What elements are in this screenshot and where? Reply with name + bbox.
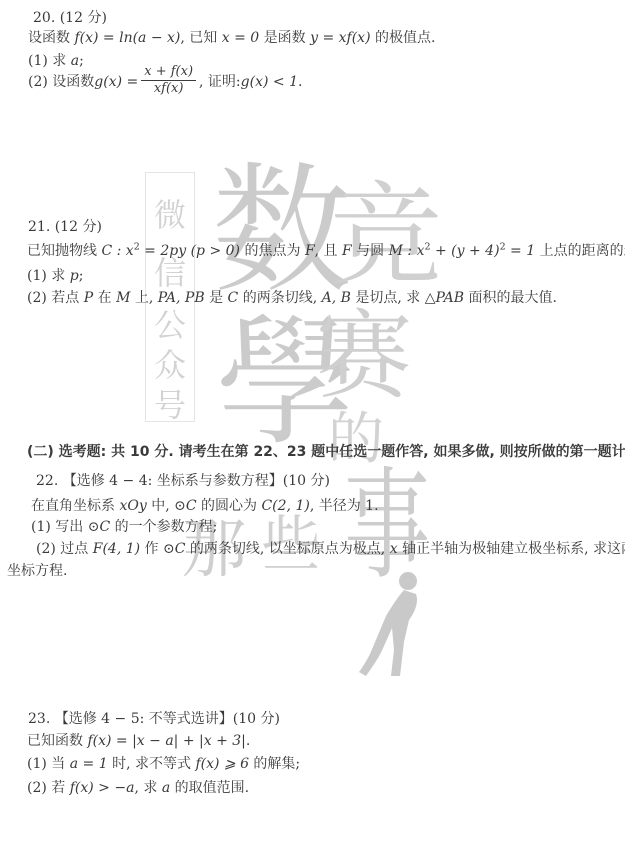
strip-char: 公: [154, 309, 186, 341]
q22-heading: 22. 【选修 4 − 4: 坐标系与参数方程】(10 分): [36, 471, 330, 491]
watermark-char-xue: 學: [216, 314, 356, 454]
q23-statement: 已知函数 f(x) = |x − a| + |x + 3|.: [27, 731, 250, 751]
q20-heading: 20. (12 分): [33, 8, 107, 28]
watermark-char-shi: 事: [344, 466, 430, 586]
q21-statement: 已知抛物线 C : x2 = 2py (p > 0) 的焦点为 F, 且 F 与…: [27, 241, 625, 261]
q22-part2-line2: 坐标方程.: [7, 561, 67, 581]
strip-char: 号: [154, 389, 186, 421]
person-silhouette-icon: [352, 568, 437, 680]
q21-heading: 21. (12 分): [28, 217, 102, 237]
q22-part1: (1) 写出 ⊙C 的一个参数方程;: [31, 517, 217, 537]
strip-char: 信: [154, 257, 186, 289]
q22-statement: 在直角坐标系 xOy 中, ⊙C 的圆心为 C(2, 1), 半径为 1.: [31, 496, 379, 516]
selective-section-note: (二) 选考题: 共 10 分. 请考生在第 22、23 题中任选一题作答, 如…: [27, 442, 625, 462]
strip-char: 众: [154, 349, 186, 381]
q21-part2: (2) 若点 P 在 M 上, PA, PB 是 C 的两条切线, A, B 是…: [27, 288, 557, 308]
q20-part2: (2) 设函数 g(x) = x + f(x)xf(x), 证明: g(x) <…: [28, 64, 302, 100]
watermark-char-sai: 赛: [316, 308, 412, 404]
q22-part2-line1: (2) 过点 F(4, 1) 作 ⊙C 的两条切线, 以坐标原点为极点, x 轴…: [36, 539, 625, 559]
fraction: x + f(x)xf(x): [141, 64, 196, 97]
q23-part1: (1) 当 a = 1 时, 求不等式 f(x) ⩾ 6 的解集;: [27, 754, 300, 774]
exam-paper-page: 数 學 竞 赛 的 那 些 事 微 信 公 众 号 20. (12 分) 设函数…: [0, 0, 625, 867]
watermark-char-shu: 数: [212, 162, 352, 302]
q20-statement: 设函数 f(x) = ln(a − x), 已知 x = 0 是函数 y = x…: [28, 28, 435, 48]
q21-part1: (1) 求 p;: [27, 266, 83, 286]
q23-heading: 23. 【选修 4 − 5: 不等式选讲】(10 分): [28, 709, 280, 729]
strip-char: 微: [154, 199, 186, 231]
q23-part2: (2) 若 f(x) > −a, 求 a 的取值范围.: [27, 778, 249, 798]
watermark-char-jing: 竞: [330, 180, 442, 292]
